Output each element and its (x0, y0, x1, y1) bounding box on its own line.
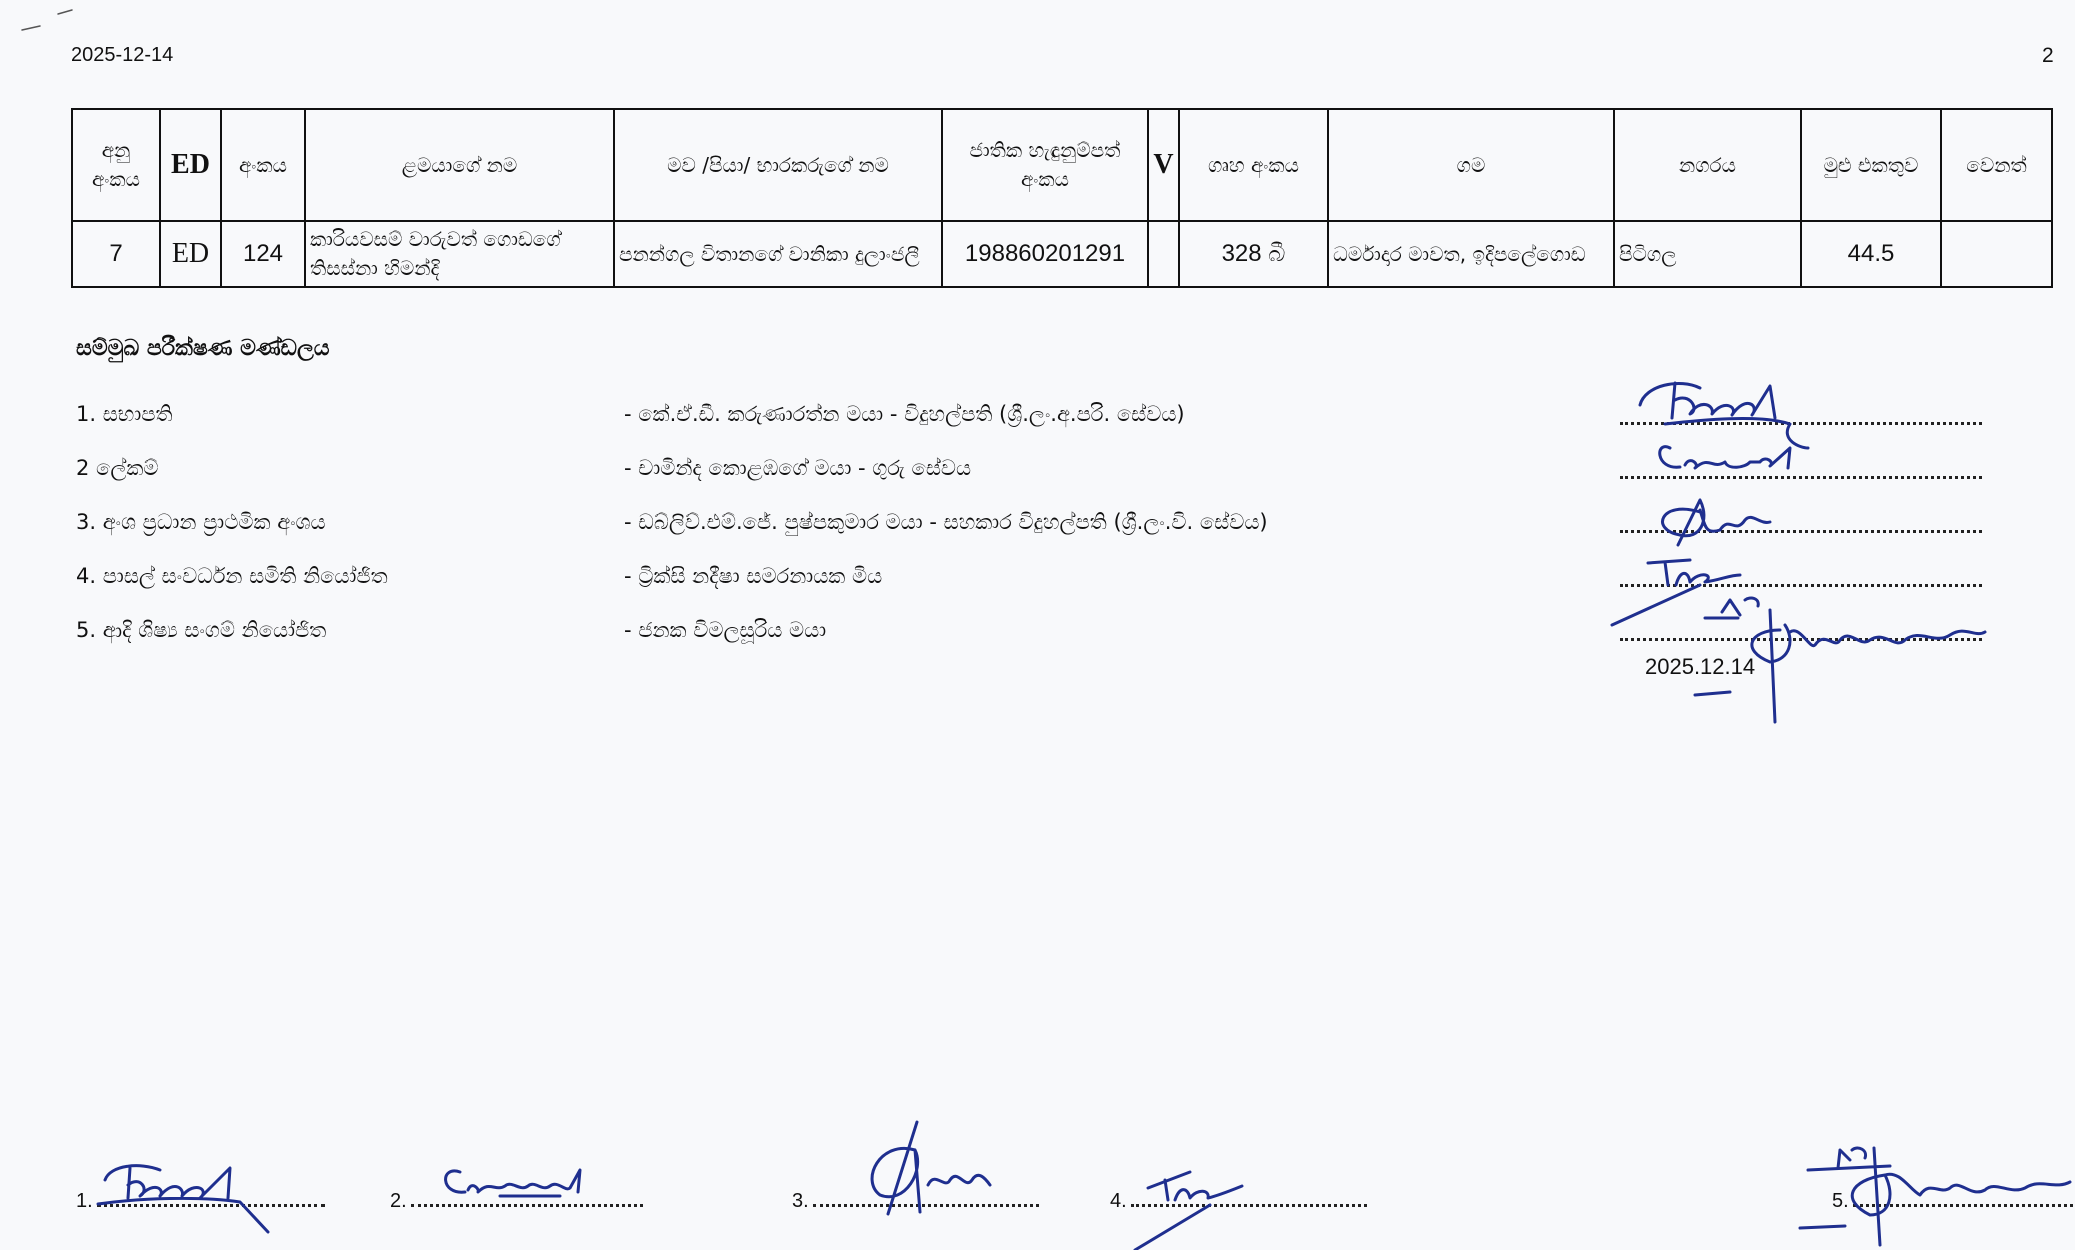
member-role: 4. පාසල් සංවර්ධන සමිති නියෝජිත (76, 564, 388, 589)
cell-nic: 198860201291 (942, 221, 1148, 287)
signature-4-ink (1612, 560, 1740, 625)
signature-number: 5. (1832, 1190, 1849, 1213)
member-role: 1. සභාපති (76, 402, 173, 427)
signature-date: 2025.12.14 (1645, 654, 1755, 680)
member-role: 2 ලේකම් (76, 456, 159, 481)
table-row: 7 ED 124 කාරියවසම් වාරුවත් ගොඩගේ තිසස්නා… (72, 221, 2052, 287)
signature-line (1620, 638, 1982, 641)
col-parent-name: මව /පියා/ භාරකරුගේ නම (614, 109, 942, 221)
signature-number: 1. (76, 1190, 93, 1213)
col-village: ගම (1328, 109, 1614, 221)
member-role: 5. ආදි ශිෂ්‍ය සංගම් නියෝජිත (76, 618, 326, 643)
cell-serial: 7 (72, 221, 160, 287)
signature-number: 2. (390, 1190, 407, 1213)
bottom-signature-4: 4. (1110, 1190, 1367, 1213)
page-number: 2 (2042, 44, 2054, 68)
col-total: මුළු එකතුව (1801, 109, 1941, 221)
signature-3-ink (1663, 500, 1770, 545)
col-other: වෙනත් (1941, 109, 2052, 221)
member-name: - කේ.ඒ.ඩී. කරුණාරත්න මයා - විදුහල්පති (ශ… (624, 402, 1185, 427)
cell-number: 124 (221, 221, 305, 287)
col-town: නගරය (1614, 109, 1801, 221)
bottom-signature-3: 3. (792, 1190, 1039, 1213)
member-name: - ඩබ්ලිව්.එම්.ජේ. පුෂ්පකුමාර මයා - සහකාර… (624, 510, 1268, 535)
cell-town: පිටිගල (1614, 221, 1801, 287)
signature-number: 3. (792, 1190, 809, 1213)
member-name: - චාමින්ද කොළඹගේ මයා - ගුරු සේවය (624, 456, 971, 481)
member-name: - ට්‍රික්සි නදීෂා සමරනායක මිය (624, 564, 882, 589)
cell-total: 44.5 (1801, 221, 1941, 287)
col-nic: ජාතික හැඳුනුම්පත් අංකය (942, 109, 1148, 221)
signature-line (1620, 530, 1982, 533)
cell-ed: ED (160, 221, 221, 287)
signature-line (1620, 476, 1982, 479)
col-serial: අනු අංකය (72, 109, 160, 221)
cell-other (1941, 221, 2052, 287)
cell-parent-name: පනන්ගල විතානගේ වානිකා දුලාංජලී (614, 221, 942, 287)
col-v: V (1148, 109, 1179, 221)
bottom-signature-5: 5. (1832, 1190, 2073, 1213)
signature-line (1620, 422, 1982, 425)
committee-title: සම්මුඛ පරීක්ෂණ මණ්ඩලය (76, 336, 330, 361)
signature-line (97, 1204, 325, 1207)
col-house-no: ගෘහ අංකය (1179, 109, 1328, 221)
cell-v (1148, 221, 1179, 287)
signature-number: 4. (1110, 1190, 1127, 1213)
table-header-row: අනු අංකය ED අංකය ළමයාගේ නම මව /පියා/ භාර… (72, 109, 2052, 221)
page-date: 2025-12-14 (71, 44, 173, 67)
cell-village: ධර්මාදාර මාවත, ඉදිපලේගොඩ (1328, 221, 1614, 287)
col-number: අංකය (221, 109, 305, 221)
signature-line (411, 1204, 643, 1207)
signature-2-ink (1660, 447, 1790, 468)
cell-house-no: 328 බී (1179, 221, 1328, 287)
signature-line (1620, 584, 1982, 587)
bottom-signature-2: 2. (390, 1190, 643, 1213)
signature-line (1131, 1204, 1367, 1207)
cell-child-name: කාරියවසම් වාරුවත් ගොඩගේ තිසස්නා හිමන්දි (305, 221, 614, 287)
col-child-name: ළමයාගේ නම (305, 109, 614, 221)
signature-line (1853, 1204, 2073, 1207)
registration-table: අනු අංකය ED අංකය ළමයාගේ නම මව /පියා/ භාර… (71, 108, 2053, 288)
signature-line (813, 1204, 1039, 1207)
signature-1-ink (1640, 383, 1808, 448)
bottom-signature-1: 1. (76, 1190, 325, 1213)
member-name: - ජනක විමලසූරිය මයා (624, 618, 826, 643)
member-role: 3. අංශ ප්‍රධාන ප්‍රාථමික අංශය (76, 510, 326, 535)
col-ed: ED (160, 109, 221, 221)
